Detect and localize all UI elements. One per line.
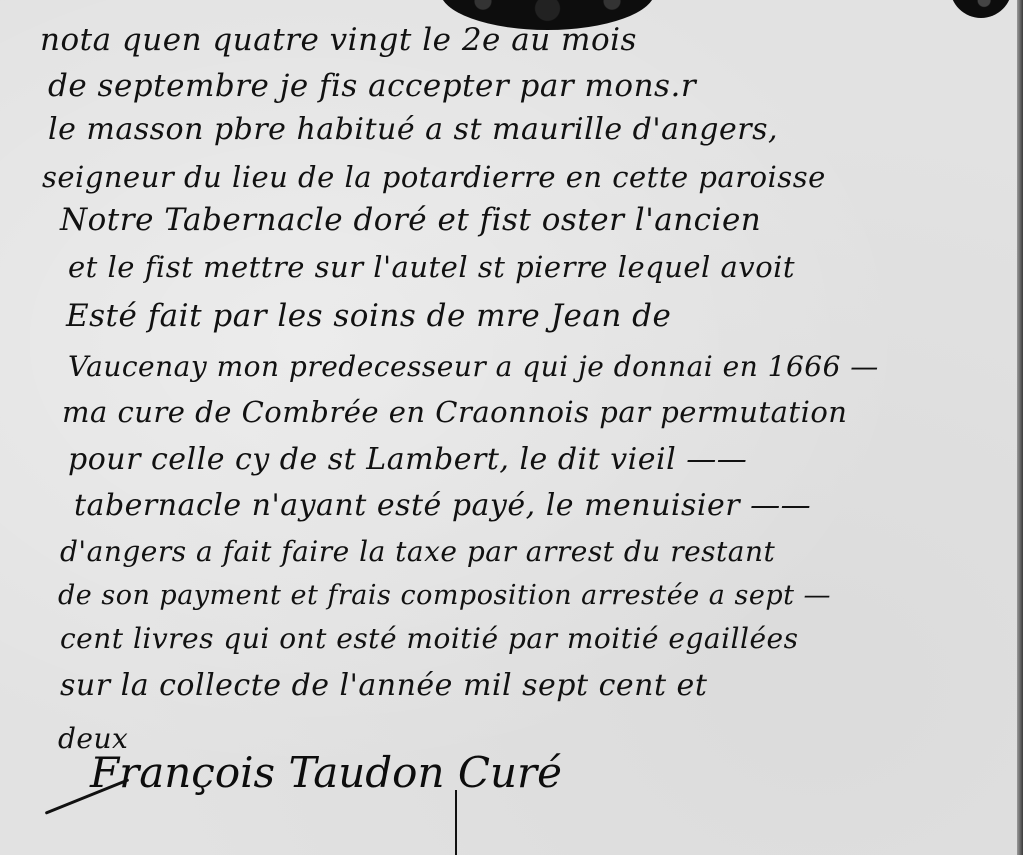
text-line-3: le masson pbre habitué a st maurille d'a…	[48, 112, 778, 147]
text-line-1: nota quen quatre vingt le 2e au mois	[40, 22, 637, 58]
text-line-8: Vaucenay mon predecesseur a qui je donna…	[68, 350, 879, 383]
text-line-6: et le fist mettre sur l'autel st pierre …	[68, 250, 795, 284]
signature-descender-stroke	[455, 790, 457, 855]
text-line-14: cent livres qui ont esté moitié par moit…	[60, 622, 798, 655]
text-line-13: de son payment et frais composition arre…	[58, 580, 831, 611]
text-line-12: d'angers a fait faire la taxe par arrest…	[60, 535, 775, 568]
text-line-2: de septembre je fis accepter par mons.r	[48, 68, 696, 104]
text-line-11: tabernacle n'ayant esté payé, le menuisi…	[74, 488, 811, 523]
top-right-ornament-icon	[950, 0, 1012, 18]
signature: François Taudon Curé	[90, 748, 562, 797]
manuscript-page: nota quen quatre vingt le 2e au mois de …	[0, 0, 1023, 855]
text-line-4: seigneur du lieu de la potardierre en ce…	[42, 160, 826, 194]
text-line-15: sur la collecte de l'année mil sept cent…	[60, 668, 707, 703]
text-line-5: Notre Tabernacle doré et fist oster l'an…	[60, 202, 761, 238]
text-line-10: pour celle cy de st Lambert, le dit viei…	[68, 442, 747, 477]
page-right-edge	[1017, 0, 1023, 855]
text-line-9: ma cure de Combrée en Craonnois par perm…	[62, 395, 848, 429]
text-line-7: Esté fait par les soins de mre Jean de	[66, 298, 671, 334]
